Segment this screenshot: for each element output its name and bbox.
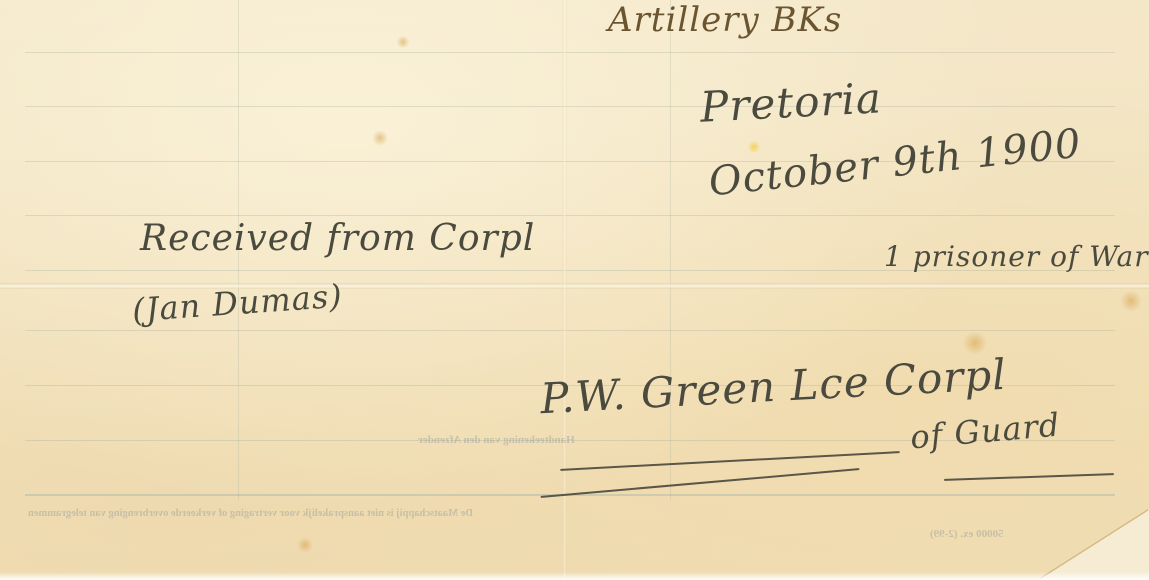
ruled-line: [25, 215, 1115, 216]
printed-show-through-line: 50000 ex. (2-99): [930, 528, 1004, 540]
stain-spot: [396, 36, 410, 48]
ruled-line: [25, 330, 1115, 331]
corner-fold: [1039, 510, 1149, 580]
printed-show-through-line: Handteekening van den Afzender: [418, 434, 575, 446]
stain-spot: [296, 538, 314, 552]
location-line: Artillery BKs: [608, 0, 842, 40]
paper-edge: [0, 572, 1149, 580]
stain-spot: [748, 140, 760, 154]
stain-spot: [1120, 290, 1142, 312]
ruled-line: [25, 106, 1115, 107]
quantity-line: 1 prisoner of War: [884, 240, 1149, 273]
vertical-rule: [670, 0, 671, 500]
received-line: Received from Corpl: [140, 218, 535, 259]
city: Pretoria: [699, 73, 883, 131]
stain-spot: [372, 130, 388, 146]
printed-show-through-line: De Maatschappij is niet aansprakelijk vo…: [28, 508, 473, 519]
ruled-line: [25, 52, 1115, 53]
